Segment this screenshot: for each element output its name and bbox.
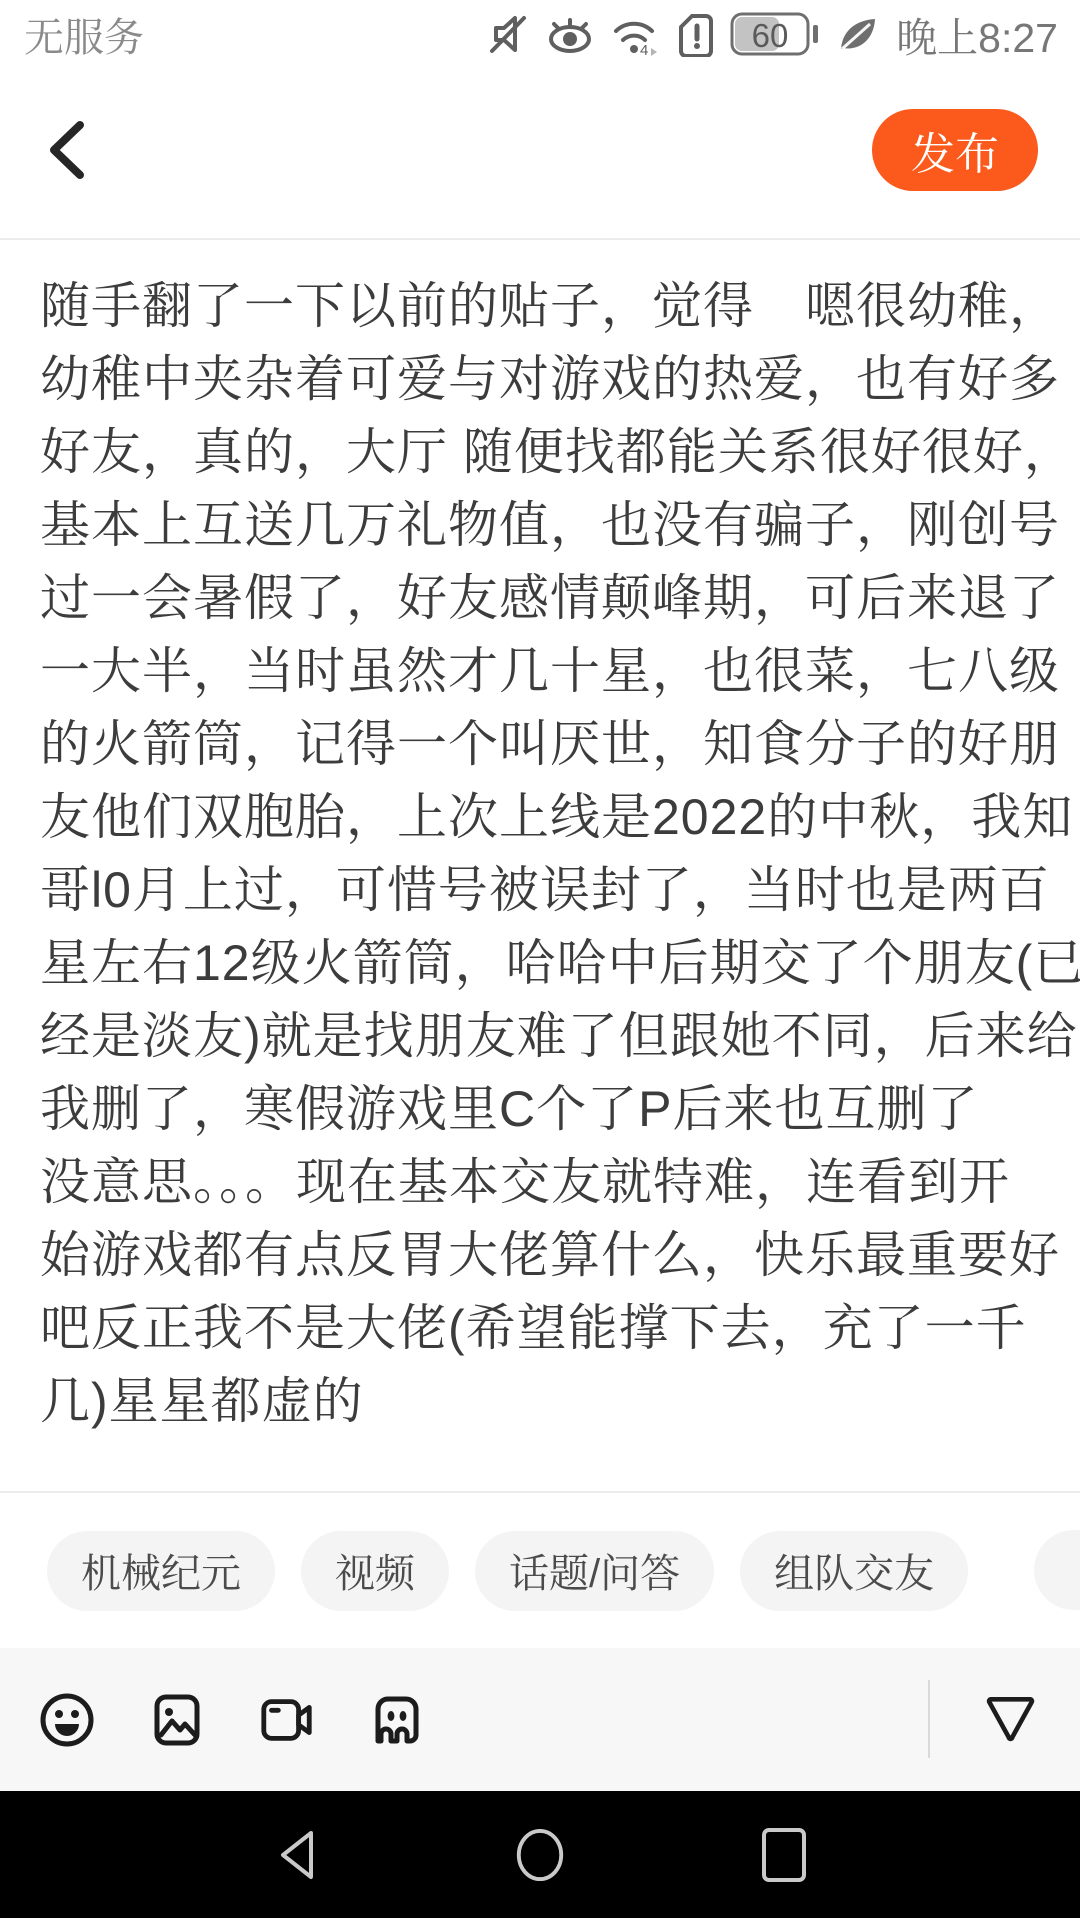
mute-icon bbox=[486, 11, 532, 57]
video-camera-icon bbox=[258, 1691, 316, 1749]
tag-pill-jixiejiyuan[interactable]: 机械纪元 bbox=[47, 1531, 275, 1611]
post-line: 经是淡友)就是找朋友难了但跟她不同，后来给 bbox=[40, 1000, 1040, 1073]
post-line: 几)星星都虚的 bbox=[40, 1365, 1040, 1438]
post-line: 哥l0月上过，可惜号被误封了，当时也是两百 bbox=[40, 854, 1040, 927]
emoji-button[interactable] bbox=[38, 1691, 96, 1749]
tag-pill-huati-wenda[interactable]: 话题/问答 bbox=[475, 1531, 714, 1611]
post-line: 一大半，当时虽然才几十星，也很菜，七八级 bbox=[40, 635, 1040, 708]
clock-label: 晚上8:27 bbox=[896, 5, 1058, 64]
toolbar-divider bbox=[928, 1680, 930, 1758]
status-bar: 无服务 4 bbox=[0, 0, 1080, 62]
game-button[interactable] bbox=[368, 1691, 426, 1749]
post-line: 过一会暑假了，好友感情颠峰期，可后来退了 bbox=[40, 562, 1040, 635]
android-back-button[interactable] bbox=[269, 1826, 323, 1884]
post-line: 幼稚中夹杂着可爱与对游戏的热爱，也有好多 bbox=[40, 343, 1040, 416]
android-recents-button[interactable] bbox=[757, 1826, 811, 1884]
collapse-triangle-icon bbox=[982, 1692, 1040, 1746]
android-home-button[interactable] bbox=[513, 1826, 567, 1884]
sim-warning-icon bbox=[676, 11, 718, 57]
post-line: 的火箭筒，记得一个叫厌世，知食分子的好朋 bbox=[40, 708, 1040, 781]
post-line: 好友，真的，大厅 随便找都能关系很好很好， bbox=[40, 416, 1040, 489]
nav-bar: 发布 bbox=[0, 62, 1080, 240]
back-triangle-icon bbox=[271, 1827, 321, 1883]
recents-square-icon bbox=[759, 1826, 809, 1884]
tag-pill-shipin[interactable]: 视频 bbox=[301, 1531, 449, 1611]
post-line: 星左右12级火箭筒，哈哈中后期交了个朋友(已 bbox=[40, 927, 1040, 1000]
video-button[interactable] bbox=[258, 1691, 316, 1749]
image-button[interactable] bbox=[148, 1691, 206, 1749]
eye-protection-icon bbox=[544, 11, 596, 57]
battery-icon: 60 bbox=[730, 9, 822, 59]
game-controller-icon bbox=[368, 1691, 426, 1749]
post-line: 吧反正我不是大佬(希望能撑下去，充了一千 bbox=[40, 1292, 1040, 1365]
post-line: 没意思。。。现在基本交友就特难，连看到开 bbox=[40, 1146, 1040, 1219]
collapse-keyboard-button[interactable] bbox=[982, 1692, 1040, 1746]
emoji-icon bbox=[38, 1691, 96, 1749]
home-circle-icon bbox=[513, 1826, 567, 1884]
tag-pill-partial[interactable] bbox=[1034, 1530, 1080, 1610]
post-line: 随手翻了一下以前的贴子，觉得 嗯很幼稚， bbox=[40, 270, 1040, 343]
post-line: 基本上互送几万礼物值，也没有骗子，刚创号 bbox=[40, 489, 1040, 562]
post-line: 我删了，寒假游戏里C个了P后来也互删了 bbox=[40, 1073, 1040, 1146]
editor-toolbar bbox=[0, 1648, 1080, 1791]
svg-text:4: 4 bbox=[640, 42, 648, 57]
android-navigation-bar bbox=[0, 1791, 1080, 1918]
post-line: 友他们双胞胎，上次上线是2022的中秋，我知 bbox=[40, 781, 1040, 854]
post-content-editor[interactable]: 随手翻了一下以前的贴子，觉得 嗯很幼稚， 幼稚中夹杂着可爱与对游戏的热爱，也有好… bbox=[0, 240, 1080, 1493]
publish-button[interactable]: 发布 bbox=[872, 109, 1038, 191]
carrier-label: 无服务 bbox=[24, 6, 144, 63]
wifi-icon: 4 bbox=[608, 11, 664, 57]
tag-pill-zudui-jiaoyou[interactable]: 组队交友 bbox=[740, 1531, 968, 1611]
battery-level-text: 60 bbox=[752, 17, 789, 54]
image-icon bbox=[148, 1691, 206, 1749]
back-button[interactable] bbox=[44, 120, 104, 180]
chevron-left-icon bbox=[44, 119, 90, 181]
post-line: 始游戏都有点反胃大佬算什么，快乐最重要好 bbox=[40, 1219, 1040, 1292]
leaf-icon bbox=[834, 11, 880, 57]
tag-row: 机械纪元 视频 话题/问答 组队交友 bbox=[0, 1493, 1080, 1648]
